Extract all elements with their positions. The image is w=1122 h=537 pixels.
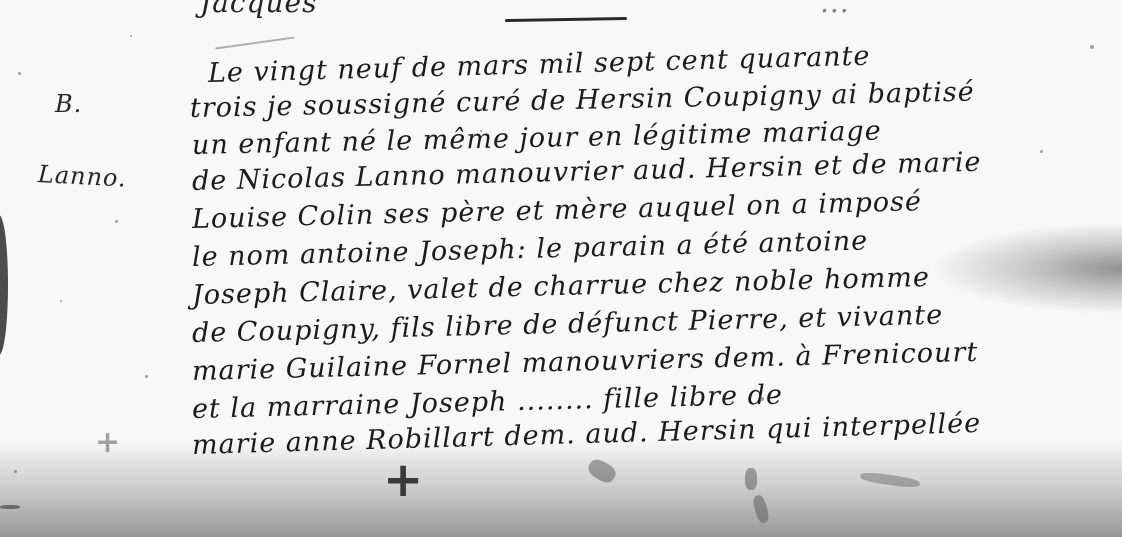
ink-smudge	[752, 494, 771, 524]
ink-smudge	[585, 456, 618, 486]
ink-smudge	[0, 505, 20, 509]
document-scan: Jacques ... B. Lanno. Le vingt neuf de m…	[0, 0, 1122, 537]
speck	[145, 375, 148, 378]
faint-cross-mark: +	[95, 425, 120, 460]
page-edge-shadow	[0, 215, 8, 355]
speck	[1040, 150, 1043, 153]
speck	[480, 130, 482, 132]
speck	[115, 220, 118, 223]
speck	[18, 72, 21, 75]
separator-rule-faint	[215, 36, 294, 49]
ink-smudge	[745, 468, 757, 490]
ink-smudge	[860, 471, 921, 489]
previous-entry-signature-fragment: Jacques	[200, 0, 318, 19]
cross-signature-mark: +	[383, 452, 423, 508]
speck	[1090, 45, 1094, 49]
speck	[14, 470, 17, 473]
speck	[130, 35, 132, 37]
margin-surname: Lanno.	[37, 160, 127, 193]
separator-rule	[505, 17, 627, 22]
margin-entry-letter: B.	[55, 90, 82, 118]
previous-entry-fragment-right: ...	[820, 0, 850, 19]
speck	[760, 397, 764, 401]
speck	[60, 300, 62, 302]
